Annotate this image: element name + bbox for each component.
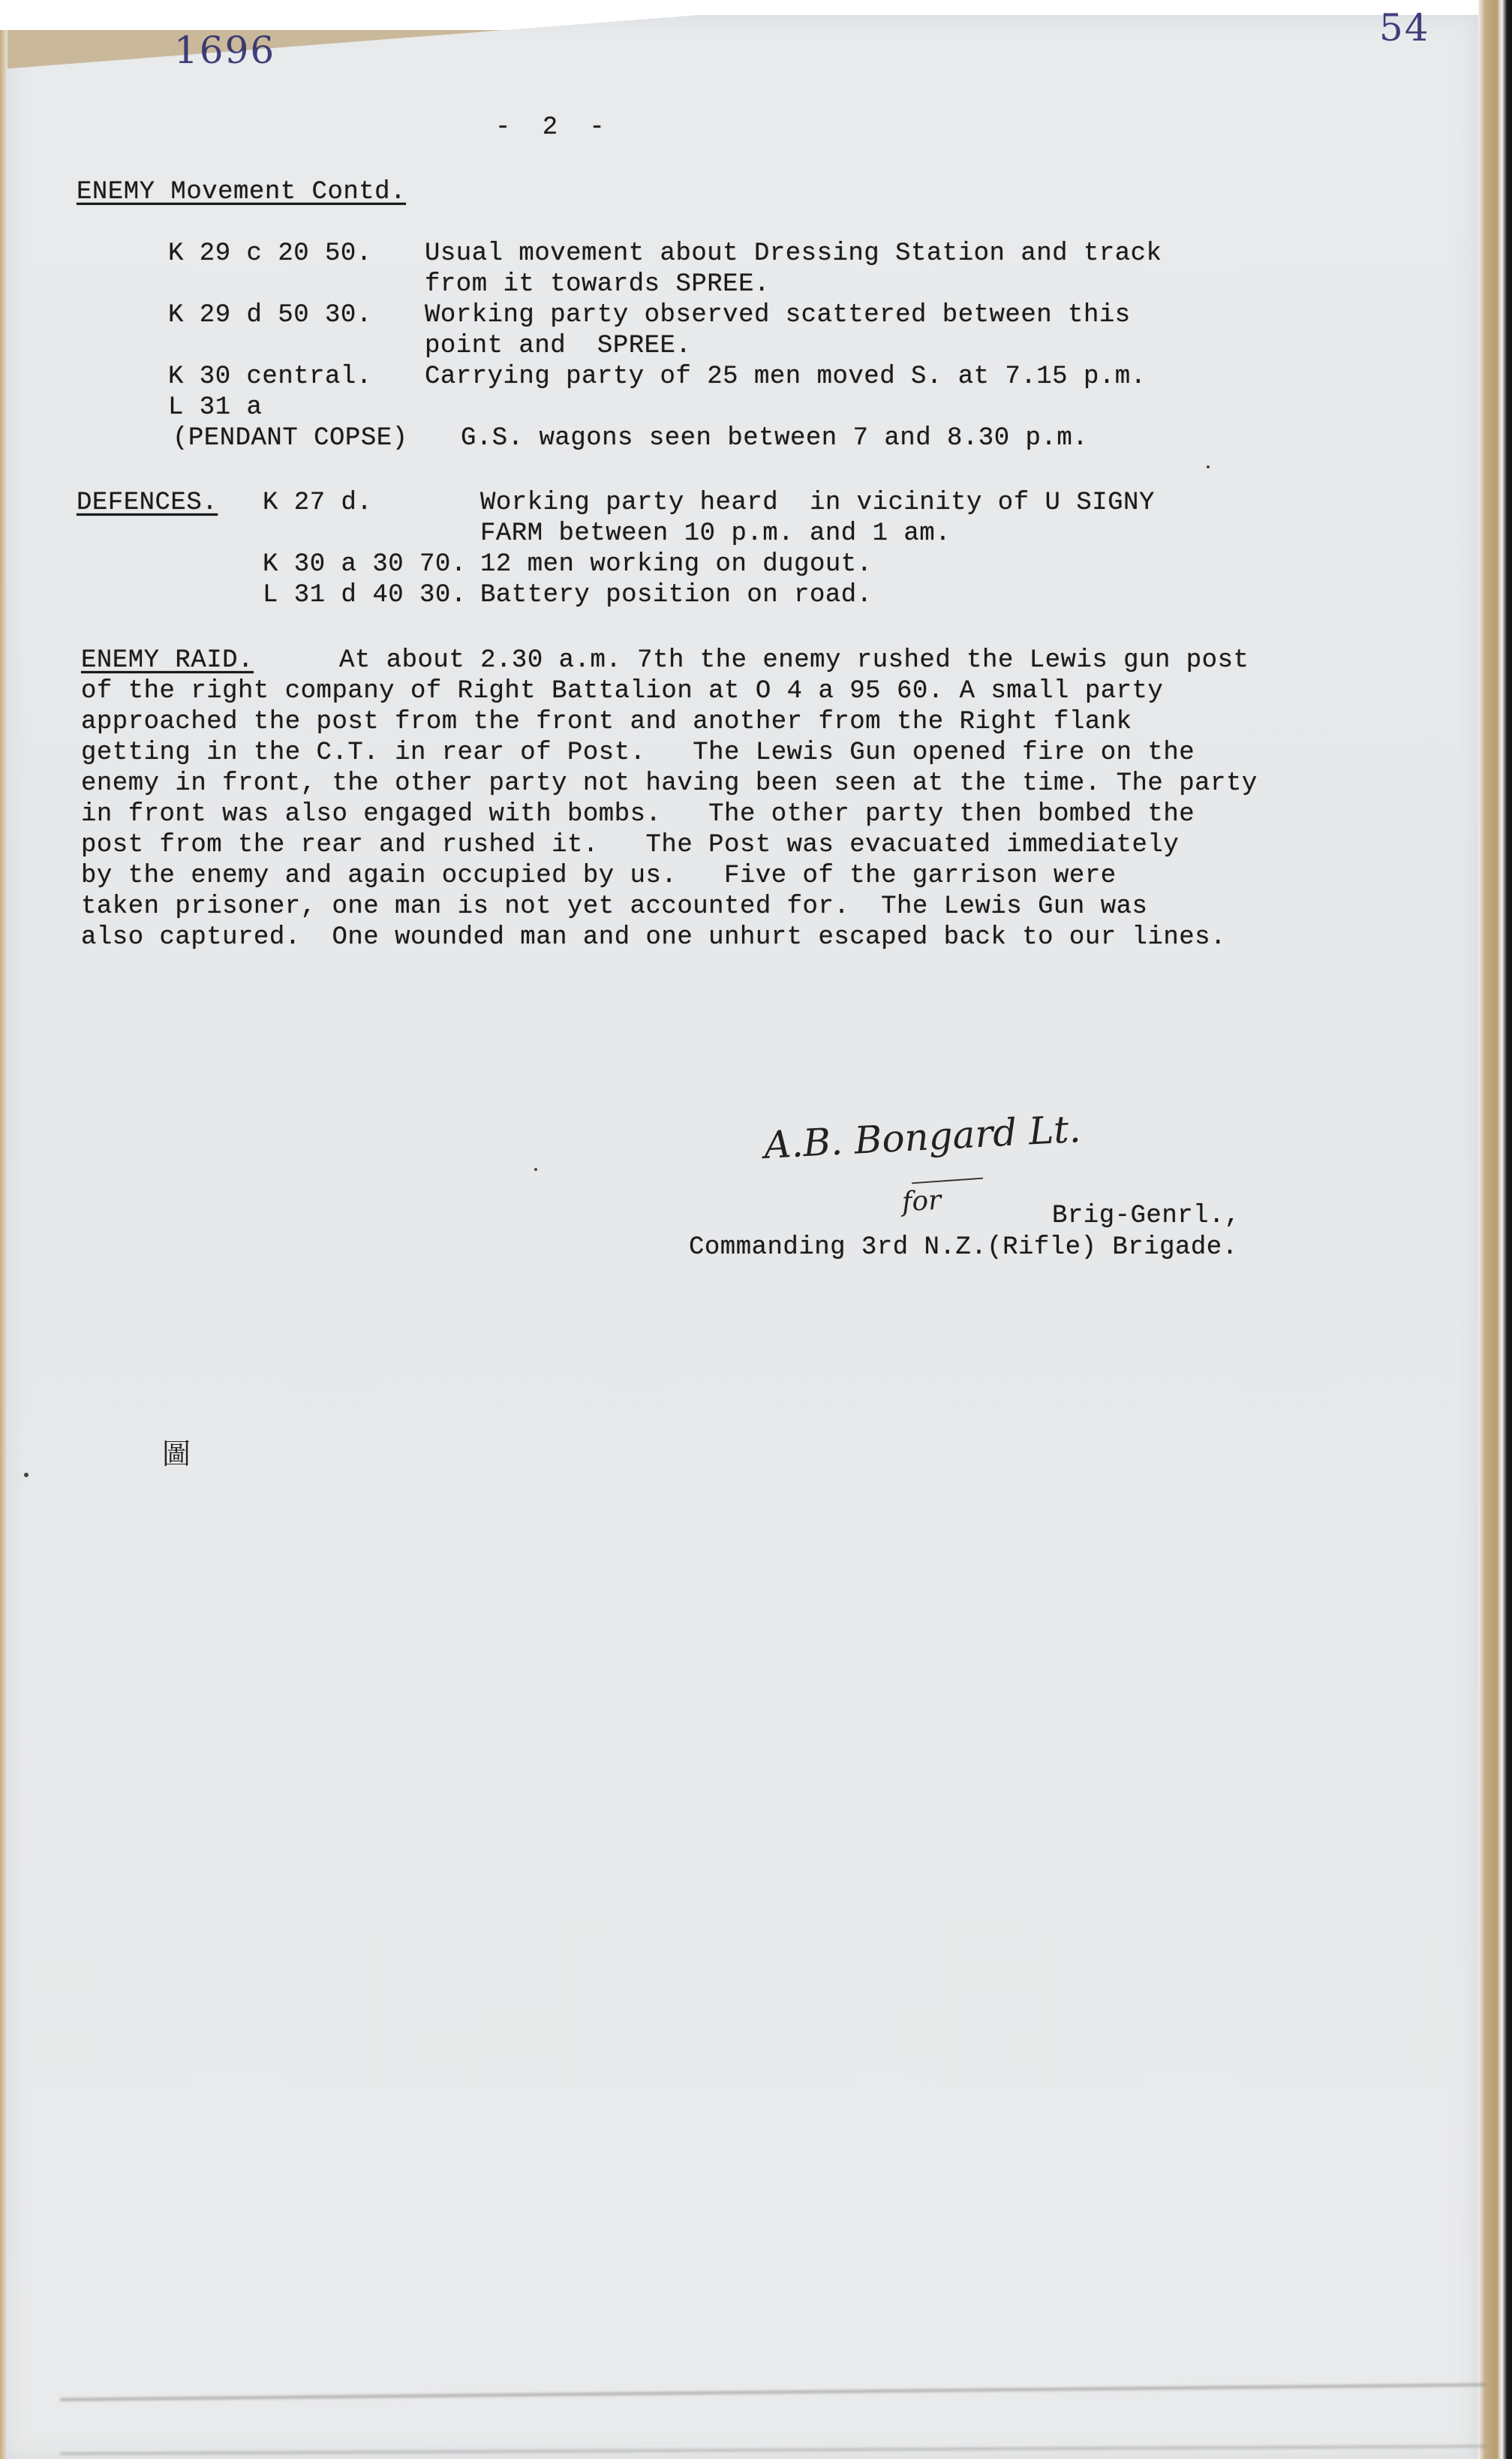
movement-ref-3: L 31 a (168, 393, 262, 423)
raid-line-9: also captured. One wounded man and one u… (81, 923, 1226, 953)
movement-text-0a: Usual movement about Dressing Station an… (425, 239, 1162, 269)
movement-ref-0: K 29 c 20 50. (168, 239, 372, 269)
signature-for: for (901, 1185, 942, 1218)
signatory-rank: Brig-Genrl., (1052, 1201, 1240, 1232)
movement-text-1b: point and SPREE. (425, 331, 691, 362)
defences-text-0a: Working party heard in vicinity of U SIG… (480, 488, 1155, 519)
raid-line-3: getting in the C.T. in rear of Post. The… (81, 738, 1195, 769)
defences-ref-0: K 27 d. (263, 488, 372, 519)
signatory-command: Commanding 3rd N.Z.(Rifle) Brigade. (689, 1233, 1238, 1263)
section-heading-enemy-raid: ENEMY RAID. (81, 646, 254, 676)
defences-ref-2: L 31 d 40 30. (263, 580, 467, 611)
section-heading-enemy-movement: ENEMY Movement Contd. (77, 177, 406, 208)
raid-line-1: of the right company of Right Battalion … (81, 676, 1163, 707)
defences-text-2a: Battery position on road. (480, 580, 873, 611)
folder-right-edge (1478, 0, 1512, 2459)
stray-mark (24, 1473, 29, 1477)
raid-line-0: At about 2.30 a.m. 7th the enemy rushed … (339, 646, 1249, 676)
movement-ref-1: K 29 d 50 30. (168, 300, 372, 331)
archive-mark-icon: 圖 (162, 1431, 191, 1472)
raid-line-7: by the enemy and again occupied by us. F… (81, 861, 1117, 892)
defences-text-1a: 12 men working on dugout. (480, 549, 873, 580)
file-number-stamp: 1696 (174, 29, 275, 72)
movement-text-2a: Carrying party of 25 men moved S. at 7.1… (425, 362, 1147, 393)
movement-ref-4: (PENDANT COPSE) (173, 423, 408, 454)
defences-ref-1: K 30 a 30 70. (263, 549, 467, 580)
movement-text-0b: from it towards SPREE. (425, 269, 770, 300)
page-marker: - 2 - (495, 113, 605, 143)
stray-mark (1207, 465, 1210, 468)
movement-ref-2: K 30 central. (168, 362, 372, 393)
scanned-document: 1696 54 - 2 - ENEMY Movement Contd. K 29… (0, 0, 1512, 2459)
stray-mark (534, 1168, 537, 1171)
raid-line-4: enemy in front, the other party not havi… (81, 769, 1258, 799)
raid-line-6: post from the rear and rushed it. The Po… (81, 830, 1179, 861)
section-heading-defences: DEFENCES. (77, 488, 218, 519)
movement-text-1a: Working party observed scattered between… (425, 300, 1131, 331)
folio-number-stamp: 54 (1379, 6, 1430, 50)
raid-line-2: approached the post from the front and a… (81, 707, 1132, 738)
raid-line-8: taken prisoner, one man is not yet accou… (81, 892, 1147, 923)
movement-text-4a: G.S. wagons seen between 7 and 8.30 p.m. (461, 423, 1088, 454)
raid-line-5: in front was also engaged with bombs. Th… (81, 799, 1195, 830)
defences-text-0b: FARM between 10 p.m. and 1 am. (480, 519, 951, 549)
